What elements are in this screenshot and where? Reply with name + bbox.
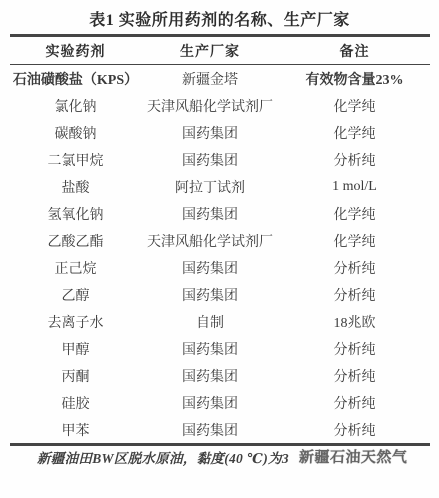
table-header: 实验药剂 生产厂家 备注: [10, 36, 430, 65]
reagent-cell: 氯化钠: [10, 92, 141, 119]
manufacturer-cell: 自制: [141, 308, 279, 335]
header-row: 实验药剂 生产厂家 备注: [10, 36, 430, 65]
table-row: 盐酸 阿拉丁试剂 1 mol/L: [10, 173, 430, 200]
remark-cell: 有效物含量23%: [279, 65, 430, 93]
table-row: 石油磺酸盐（KPS） 新疆金塔 有效物含量23%: [10, 65, 430, 93]
reagent-cell: 碳酸钠: [10, 119, 141, 146]
table-title: 表1 实验所用药剂的名称、生产厂家: [0, 7, 439, 30]
remark-cell: 分析纯: [279, 362, 430, 389]
reagent-cell: 盐酸: [10, 173, 141, 200]
table-row: 正己烷 国药集团 分析纯: [10, 254, 430, 281]
table-body: 石油磺酸盐（KPS） 新疆金塔 有效物含量23% 氯化钠 天津风船化学试剂厂 化…: [10, 65, 430, 445]
remark-cell: 分析纯: [279, 281, 430, 308]
manufacturer-cell: 国药集团: [141, 362, 279, 389]
manufacturer-cell: 国药集团: [141, 146, 279, 173]
header-manufacturer: 生产厂家: [141, 36, 279, 65]
remark-cell: 化学纯: [279, 119, 430, 146]
table-row: 二氯甲烷 国药集团 分析纯: [10, 146, 430, 173]
remark-cell: 化学纯: [279, 227, 430, 254]
remark-cell: 化学纯: [279, 92, 430, 119]
remark-cell: 分析纯: [279, 389, 430, 416]
manufacturer-cell: 国药集团: [141, 200, 279, 227]
manufacturer-cell: 国药集团: [141, 254, 279, 281]
reagent-cell: 甲醇: [10, 335, 141, 362]
reagent-cell: 氢氧化钠: [10, 200, 141, 227]
table-row: 硅胶 国药集团 分析纯: [10, 389, 430, 416]
reagent-cell: 甲苯: [10, 416, 141, 445]
reagent-cell: 去离子水: [10, 308, 141, 335]
reagent-cell: 乙酸乙酯: [10, 227, 141, 254]
table-row: 丙酮 国药集团 分析纯: [10, 362, 430, 389]
watermark-text: 新疆石油天然气: [299, 446, 408, 467]
reagent-cell: 硅胶: [10, 389, 141, 416]
table-row: 乙醇 国药集团 分析纯: [10, 281, 430, 308]
manufacturer-cell: 新疆金塔: [141, 65, 279, 93]
reagent-cell: 乙醇: [10, 281, 141, 308]
table-row: 甲苯 国药集团 分析纯: [10, 416, 430, 445]
manufacturer-cell: 天津风船化学试剂厂: [141, 227, 279, 254]
manufacturer-cell: 国药集团: [141, 416, 279, 445]
table-row: 氢氧化钠 国药集团 化学纯: [10, 200, 430, 227]
table-row: 去离子水 自制 18兆欧: [10, 308, 430, 335]
remark-cell: 18兆欧: [279, 308, 430, 335]
manufacturer-cell: 国药集团: [141, 335, 279, 362]
table-row: 碳酸钠 国药集团 化学纯: [10, 119, 430, 146]
remark-cell: 分析纯: [279, 335, 430, 362]
reagent-cell: 正己烷: [10, 254, 141, 281]
table-footnote: 新疆油田BW区脱水原油，黏度(40 ℃)为3: [37, 447, 289, 467]
manufacturer-cell: 国药集团: [141, 389, 279, 416]
table-row: 乙酸乙酯 天津风船化学试剂厂 化学纯: [10, 227, 430, 254]
manufacturer-cell: 阿拉丁试剂: [141, 173, 279, 200]
remark-cell: 化学纯: [279, 200, 430, 227]
header-reagent: 实验药剂: [10, 36, 141, 65]
reagent-cell: 丙酮: [10, 362, 141, 389]
table-row: 甲醇 国药集团 分析纯: [10, 335, 430, 362]
remark-cell: 分析纯: [279, 254, 430, 281]
manufacturer-cell: 国药集团: [141, 119, 279, 146]
reagent-cell: 二氯甲烷: [10, 146, 141, 173]
header-remark: 备注: [279, 36, 430, 65]
remark-cell: 分析纯: [279, 416, 430, 445]
reagent-cell: 石油磺酸盐（KPS）: [10, 65, 141, 93]
manufacturer-cell: 天津风船化学试剂厂: [141, 92, 279, 119]
remark-cell: 1 mol/L: [279, 173, 430, 200]
reagent-table: 实验药剂 生产厂家 备注 石油磺酸盐（KPS） 新疆金塔 有效物含量23% 氯化…: [10, 34, 430, 446]
paper-table-page: 表1 实验所用药剂的名称、生产厂家 实验药剂 生产厂家 备注 石油磺酸盐（KPS…: [0, 0, 439, 498]
manufacturer-cell: 国药集团: [141, 281, 279, 308]
table-row: 氯化钠 天津风船化学试剂厂 化学纯: [10, 92, 430, 119]
remark-cell: 分析纯: [279, 146, 430, 173]
